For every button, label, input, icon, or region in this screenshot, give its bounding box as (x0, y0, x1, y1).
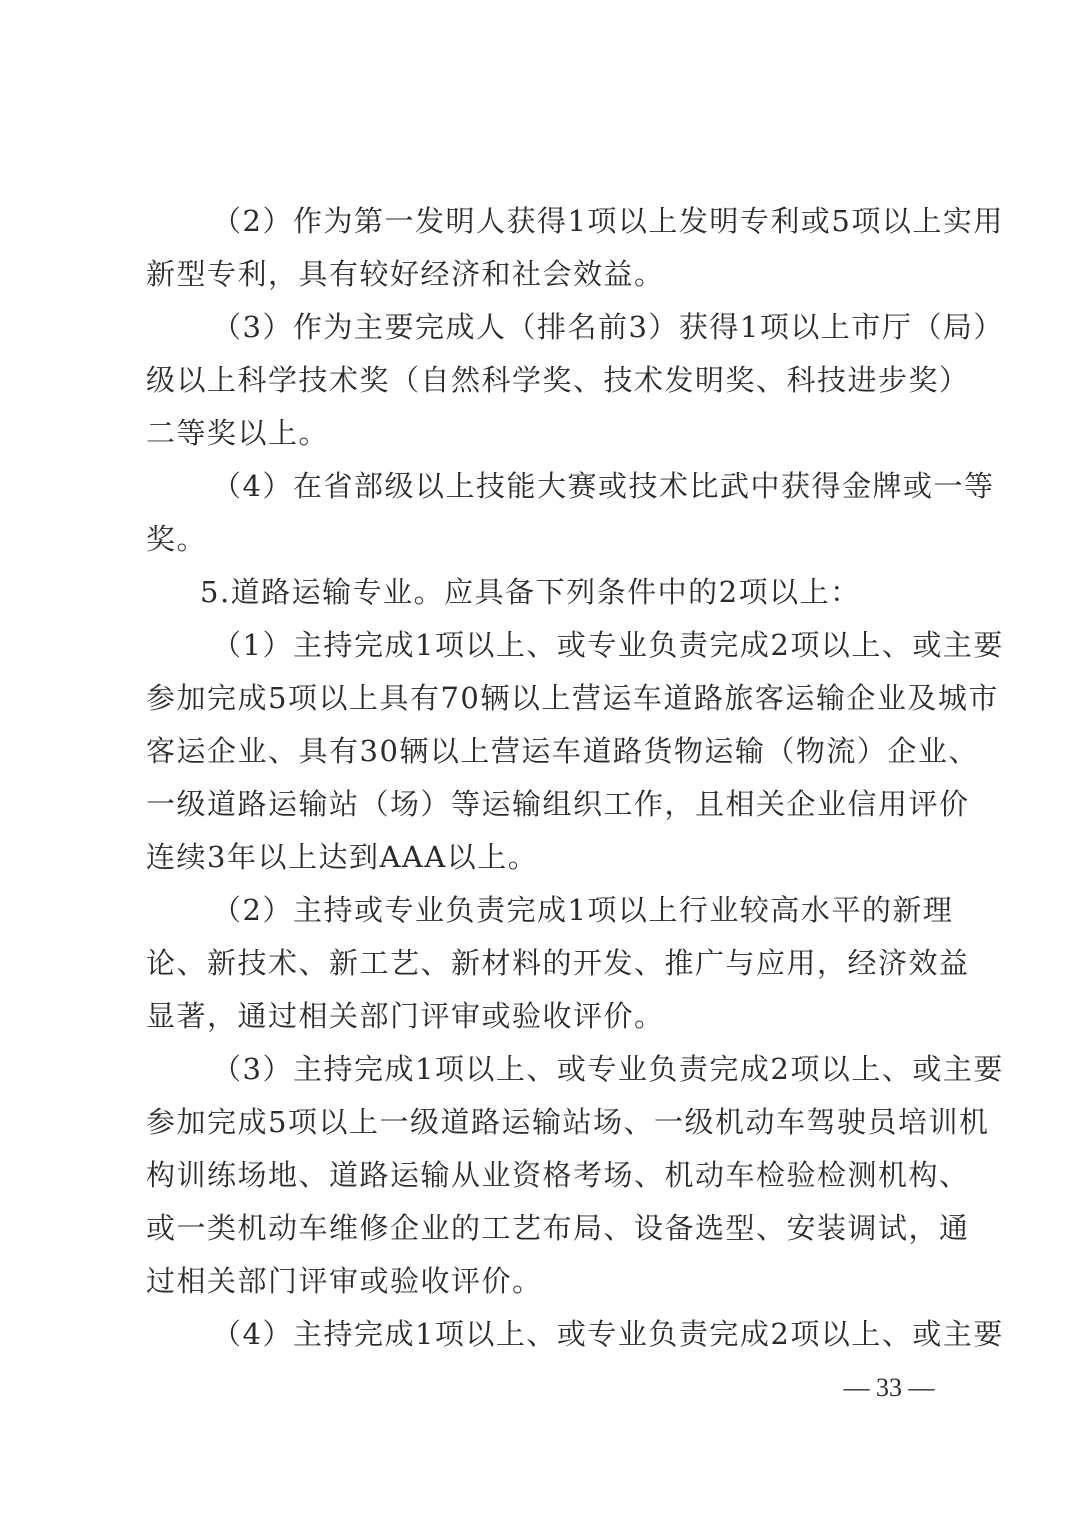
text-line: 或一类机动车维修企业的工艺布局、设备选型、安装调试，通 (146, 1208, 946, 1248)
text-line: 参加完成5项以上一级道路运输站场、一级机动车驾驶员培训机 (146, 1102, 946, 1142)
text-line: 二等奖以上。 (146, 413, 946, 453)
text-line: 新型专利，具有较好经济和社会效益。 (146, 254, 946, 294)
text-line: 连续3年以上达到AAA以上。 (146, 837, 946, 877)
page-number: — 33 — (834, 1370, 944, 1406)
text-line: 显著，通过相关部门评审或验收评价。 (146, 996, 946, 1036)
text-line: （4）主持完成1项以上、或专业负责完成2项以上、或主要 (212, 1314, 946, 1354)
text-line: （1）主持完成1项以上、或专业负责完成2项以上、或主要 (212, 625, 946, 665)
text-line: （4）在省部级以上技能大赛或技术比武中获得金牌或一等 (212, 466, 946, 506)
text-line: （2）作为第一发明人获得1项以上发明专利或5项以上实用 (212, 201, 946, 241)
text-line: 奖。 (146, 519, 946, 559)
text-line: 一级道路运输站（场）等运输组织工作，且相关企业信用评价 (146, 784, 946, 824)
section-heading: 5.道路运输专业。应具备下列条件中的2项以上： (200, 572, 934, 612)
text-line: 参加完成5项以上具有70辆以上营运车道路旅客运输企业及城市 (146, 678, 946, 718)
text-line: （3）作为主要完成人（排名前3）获得1项以上市厅（局） (212, 307, 946, 347)
text-line: 论、新技术、新工艺、新材料的开发、推广与应用，经济效益 (146, 943, 946, 983)
text-line: 过相关部门评审或验收评价。 (146, 1261, 946, 1301)
text-line: 构训练场地、道路运输从业资格考场、机动车检验检测机构、 (146, 1155, 946, 1195)
text-line: （2）主持或专业负责完成1项以上行业较高水平的新理 (212, 890, 946, 930)
text-line: 客运企业、具有30辆以上营运车道路货物运输（物流）企业、 (146, 731, 946, 771)
text-line: 级以上科学技术奖（自然科学奖、技术发明奖、科技进步奖） (146, 360, 946, 400)
document-page: （2）作为第一发明人获得1项以上发明专利或5项以上实用 新型专利，具有较好经济和… (0, 0, 1080, 1527)
text-line: （3）主持完成1项以上、或专业负责完成2项以上、或主要 (212, 1049, 946, 1089)
